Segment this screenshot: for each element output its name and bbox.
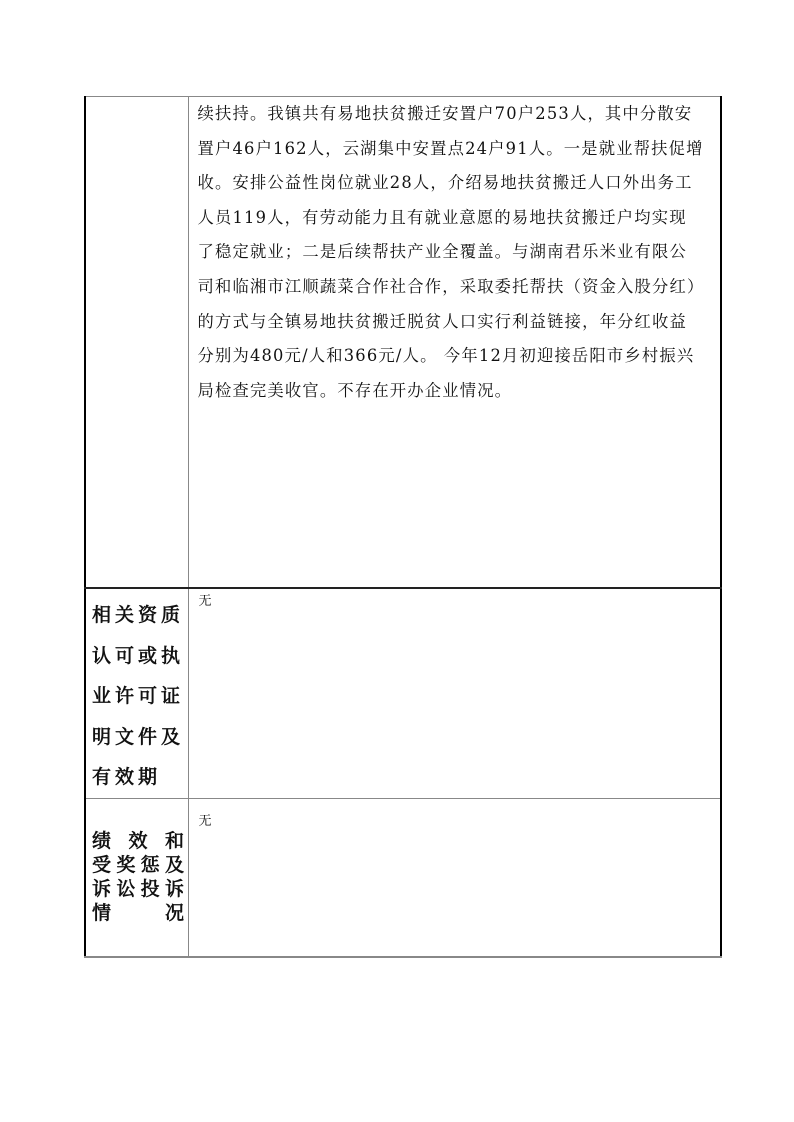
table-row-qualifications: 相关资质 认可或执 业许可证 明文件及 有效期 无: [85, 588, 721, 798]
text-line: 置户46户162人，云湖集中安置点24户91人。一是就业帮扶促增: [198, 132, 713, 167]
performance-label: 绩 效 和 受 奖 惩 及 诉 讼 投 诉 情 况: [86, 799, 184, 925]
label-cell-performance: 绩 效 和 受 奖 惩 及 诉 讼 投 诉 情 况: [85, 798, 188, 957]
content-cell-performance: 无: [188, 798, 721, 957]
table-row-performance-awards: 绩 效 和 受 奖 惩 及 诉 讼 投 诉 情 况: [85, 798, 721, 957]
label-line: 绩 效 和: [92, 829, 184, 853]
label-char: 奖: [116, 853, 135, 877]
label-line: 诉 讼 投 诉: [92, 877, 184, 901]
qualifications-label: 相关资质 认可或执 业许可证 明文件及 有效期: [86, 589, 188, 798]
label-char: 及: [165, 853, 184, 877]
text-line: 的方式与全镇易地扶贫搬迁脱贫人口实行利益链接，年分红收益: [198, 305, 713, 340]
text-line: 司和临湘市江顺蔬菜合作社合作，采取委托帮扶（资金入股分红）: [198, 270, 713, 305]
text-line: 收。安排公益性岗位就业28人，介绍易地扶贫搬迁人口外出务工: [198, 166, 713, 201]
label-line: 情 况: [92, 901, 184, 925]
label-char: 讼: [116, 877, 135, 901]
content-cell-qualifications: 无: [188, 588, 721, 798]
info-table: 续扶持。我镇共有易地扶贫搬迁安置户70户253人，其中分散安 置户46户162人…: [84, 96, 722, 958]
label-line: 明文件及: [92, 717, 188, 758]
label-char: 诉: [165, 877, 184, 901]
label-cell-qualifications: 相关资质 认可或执 业许可证 明文件及 有效期: [85, 588, 188, 798]
label-char: 投: [141, 877, 160, 901]
label-line: 相关资质: [92, 595, 188, 636]
label-char: 惩: [141, 853, 160, 877]
text-line: 分别为480元/人和366元/人。 今年12月初迎接岳阳市乡村振兴: [198, 339, 713, 374]
label-char: 和: [165, 829, 184, 853]
text-line: 续扶持。我镇共有易地扶贫搬迁安置户70户253人，其中分散安: [198, 97, 713, 132]
label-char: 受: [92, 853, 111, 877]
label-char: 绩: [92, 829, 111, 853]
table-row-business-description: 续扶持。我镇共有易地扶贫搬迁安置户70户253人，其中分散安 置户46户162人…: [85, 97, 721, 589]
text-line: 人员119人，有劳动能力且有就业意愿的易地扶贫搬迁户均实现: [198, 201, 713, 236]
label-line: 受 奖 惩 及: [92, 853, 184, 877]
content-cell-description: 续扶持。我镇共有易地扶贫搬迁安置户70户253人，其中分散安 置户46户162人…: [188, 97, 721, 589]
label-line: 有效期: [92, 757, 188, 798]
performance-value: 无: [189, 799, 721, 831]
qualifications-value: 无: [189, 589, 721, 611]
label-line: 业许可证: [92, 676, 188, 717]
text-line: 局检查完美收官。不存在开办企业情况。: [198, 374, 713, 409]
label-char: 效: [128, 829, 147, 853]
label-char: 诉: [92, 877, 111, 901]
label-char: 况: [165, 901, 184, 925]
label-line: 认可或执: [92, 636, 188, 677]
label-char: 情: [92, 901, 111, 925]
text-line: 了稳定就业；二是后续帮扶产业全覆盖。与湖南君乐米业有限公: [198, 235, 713, 270]
description-text: 续扶持。我镇共有易地扶贫搬迁安置户70户253人，其中分散安 置户46户162人…: [189, 97, 721, 408]
label-cell-empty: [85, 97, 188, 589]
